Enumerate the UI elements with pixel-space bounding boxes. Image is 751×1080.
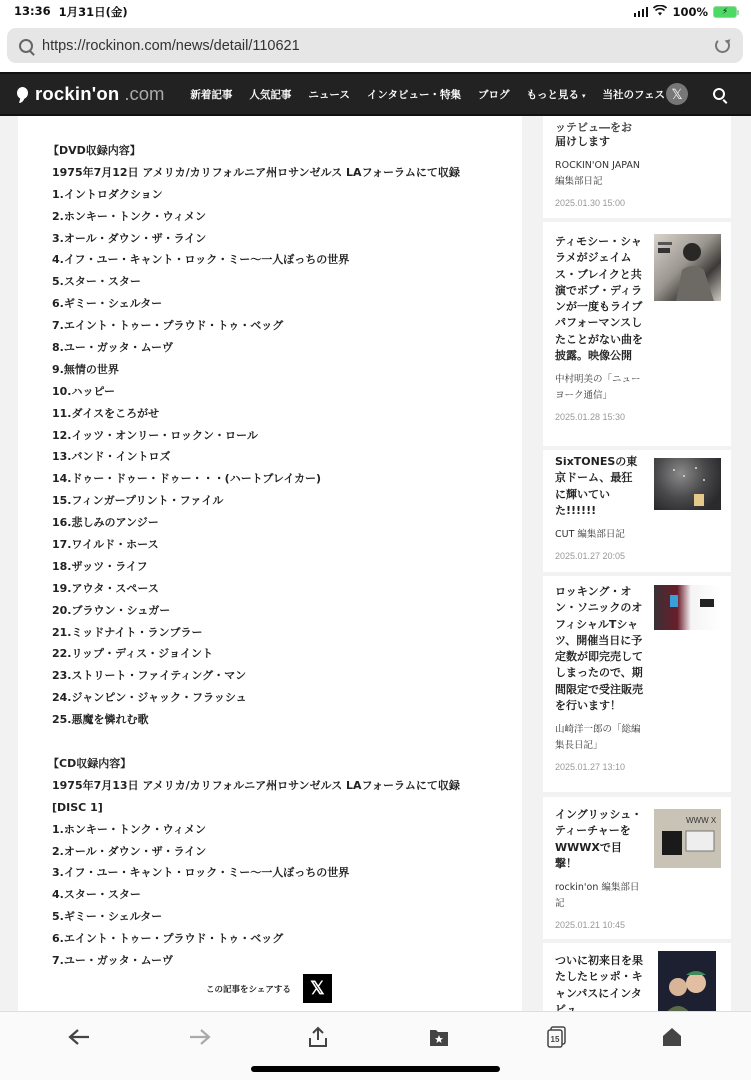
track-item: 6.エイント・トゥー・プラウド・トゥ・ベッグ — [52, 928, 522, 950]
track-item: 24.ジャンピン・ジャック・フラッシュ — [52, 687, 522, 709]
card-date: 2025.01.27 20:05 — [555, 551, 719, 561]
card-title: 届けします — [555, 134, 643, 150]
x-social-icon[interactable]: 𝕏 — [666, 83, 688, 105]
dvd-heading: 【DVD収録内容】 — [48, 140, 522, 162]
share-icon[interactable] — [304, 1023, 332, 1051]
card-source: CUT 編集部日記 — [555, 527, 643, 543]
article-body: 【DVD収録内容】 1975年7月12日 アメリカ/カリフォルニア州ロサンゼルス… — [18, 116, 522, 1016]
track-item: 8.ユー・ガッタ・ムーヴ — [52, 337, 522, 359]
card-date: 2025.01.28 15:30 — [555, 412, 719, 422]
search-icon — [19, 39, 33, 53]
sidebar-blog-list: ッテビュ―をお 届けします ROCKIN'ON JAPAN 編集部日記 2025… — [543, 116, 731, 1016]
nav-item-blog[interactable]: ブログ — [478, 87, 510, 102]
nav-item-popular[interactable]: 人気記事 — [249, 87, 291, 102]
sidebar-card[interactable]: ティモシー・シャラメがジェイムス・ブレイクと共演でボブ・ディランが一度もライブパ… — [543, 222, 731, 446]
card-thumbnail — [658, 951, 716, 1015]
home-indicator[interactable] — [251, 1066, 500, 1072]
track-item: 2.オール・ダウン・ザ・ライン — [52, 841, 522, 863]
address-bar[interactable]: https://rockinon.com/news/detail/110621 — [7, 28, 743, 63]
track-item: 3.オール・ダウン・ザ・ライン — [52, 228, 522, 250]
share-label: この記事をシェアする — [206, 983, 291, 995]
card-source: rockin'on 編集部日記 — [555, 880, 643, 912]
disc-label: [DISC 1] — [52, 797, 522, 819]
track-item: 1.イントロダクション — [52, 184, 522, 206]
track-item: 20.ブラウン・シュガー — [52, 600, 522, 622]
track-item: 15.フィンガープリント・ファイル — [52, 490, 522, 512]
battery-percent: 100% — [672, 5, 708, 19]
card-title: SixTONESの東京ドーム、最狂に輝いていた!!!!!! — [555, 454, 643, 519]
card-date: 2025.01.27 13:10 — [555, 762, 719, 772]
share-bar: この記事をシェアする 𝕏 — [206, 974, 332, 1003]
sidebar-card[interactable]: ッテビュ―をお 届けします ROCKIN'ON JAPAN 編集部日記 2025… — [543, 116, 731, 218]
status-time: 13:36 — [14, 4, 51, 20]
track-item: 25.悪魔を憐れむ歌 — [52, 709, 522, 731]
logo-mark-icon — [17, 87, 28, 99]
track-item: 16.悲しみのアンジー — [52, 512, 522, 534]
card-title: イングリッシュ・ティーチャーをWWWXで目撃！ — [555, 807, 643, 872]
card-title: ロッキング・オン・ソニックのオフィシャルTシャツ、開催当日に予定数が即完売してし… — [555, 584, 643, 714]
battery-charging-icon: ⚡ — [713, 6, 737, 18]
card-title-cut: ッテビュ―をお — [555, 120, 643, 134]
dvd-recording-info: 1975年7月12日 アメリカ/カリフォルニア州ロサンゼルス LAフォーラムにて… — [52, 162, 522, 184]
sidebar-card[interactable]: イングリッシュ・ティーチャーをWWWXで目撃！ rockin'on 編集部日記 … — [543, 797, 731, 939]
track-item: 21.ミッドナイト・ランブラー — [52, 622, 522, 644]
card-title: ついに初来日を果たしたヒッポ・キャンパスにインタビュ — [555, 953, 643, 1016]
logo-suffix: .com — [124, 83, 164, 105]
tabs-icon[interactable]: 15 — [543, 1023, 571, 1051]
track-item: 3.イフ・ユー・キャント・ロック・ミー〜一人ぼっちの世界 — [52, 862, 522, 884]
card-thumbnail — [654, 585, 721, 630]
share-x-button[interactable]: 𝕏 — [303, 974, 332, 1003]
nav-item-festivals[interactable]: 当社のフェス — [603, 87, 665, 102]
sidebar-card[interactable]: SixTONESの東京ドーム、最狂に輝いていた!!!!!! CUT 編集部日記 … — [543, 450, 731, 572]
track-item: 5.スター・スター — [52, 271, 522, 293]
url-text[interactable]: https://rockinon.com/news/detail/110621 — [42, 38, 715, 54]
card-thumbnail — [654, 458, 721, 510]
site-header: rockin'on .com 新着記事 人気記事 ニュース インタビュー・特集 … — [0, 72, 751, 116]
cellular-signal-icon — [634, 7, 649, 17]
track-item: 23.ストリート・ファイティング・マン — [52, 665, 522, 687]
back-arrow-icon[interactable] — [65, 1023, 93, 1051]
cd-heading: 【CD収録内容】 — [48, 753, 522, 775]
track-item: 19.アウタ・スペース — [52, 578, 522, 600]
site-search-icon[interactable] — [713, 88, 725, 100]
chevron-down-icon: ▾ — [582, 92, 586, 100]
track-item: 7.エイント・トゥー・プラウド・トゥ・ベッグ — [52, 315, 522, 337]
track-item: 9.無情の世界 — [52, 359, 522, 381]
sidebar-card[interactable]: ついに初来日を果たしたヒッポ・キャンパスにインタビュ — [543, 943, 731, 1016]
browser-chrome: https://rockinon.com/news/detail/110621 — [0, 24, 751, 72]
wifi-icon — [653, 5, 667, 19]
nav-item-new-articles[interactable]: 新着記事 — [190, 87, 232, 102]
nav-more-label: もっと見る — [527, 89, 580, 101]
home-icon[interactable] — [658, 1023, 686, 1051]
track-item: 4.スター・スター — [52, 884, 522, 906]
card-thumbnail: WWW X — [654, 809, 721, 868]
track-item: 10.ハッピー — [52, 381, 522, 403]
nav-item-interviews[interactable]: インタビュー・特集 — [367, 87, 461, 102]
card-date: 2025.01.21 10:45 — [555, 920, 719, 930]
track-item: 4.イフ・ユー・キャント・ロック・ミー〜一人ぼっちの世界 — [52, 249, 522, 271]
main-nav: 新着記事 人気記事 ニュース インタビュー・特集 ブログ もっと見る▾ 当社のフ… — [190, 87, 682, 102]
sidebar-card[interactable]: ロッキング・オン・ソニックのオフィシャルTシャツ、開催当日に予定数が即完売してし… — [543, 576, 731, 792]
track-item: 17.ワイルド・ホース — [52, 534, 522, 556]
track-item: 13.バンド・イントロズ — [52, 446, 522, 468]
logo-text: rockin'on — [35, 83, 119, 105]
bookmarks-icon[interactable] — [425, 1023, 453, 1051]
section-spacer — [52, 731, 522, 753]
track-item: 14.ドゥー・ドゥー・ドゥー・・・(ハートブレイカー) — [52, 468, 522, 490]
card-source: 中村明美の「ニューヨーク通信」 — [555, 372, 643, 404]
card-source: 山崎洋一郎の「総編集長日記」 — [555, 722, 643, 754]
nav-item-news[interactable]: ニュース — [308, 87, 349, 102]
svg-text:15: 15 — [551, 1035, 560, 1044]
forward-arrow-icon[interactable] — [186, 1023, 214, 1051]
track-item: 1.ホンキー・トンク・ウィメン — [52, 819, 522, 841]
status-date: 1月31日(金) — [59, 4, 128, 20]
cd-recording-info: 1975年7月13日 アメリカ/カリフォルニア州ロサンゼルス LAフォーラムにて… — [52, 775, 522, 797]
status-bar: 13:36 1月31日(金) 100% ⚡ — [0, 0, 751, 24]
track-item: 12.イッツ・オンリー・ロックン・ロール — [52, 425, 522, 447]
nav-item-more[interactable]: もっと見る▾ — [527, 87, 586, 102]
card-title: ティモシー・シャラメがジェイムス・ブレイクと共演でボブ・ディランが一度もライブパ… — [555, 234, 643, 364]
card-source: ROCKIN'ON JAPAN 編集部日記 — [555, 158, 643, 190]
reload-icon[interactable] — [715, 38, 730, 53]
track-item: 11.ダイスをころがせ — [52, 403, 522, 425]
track-item: 7.ユー・ガッタ・ムーヴ — [52, 950, 522, 972]
track-item: 5.ギミー・シェルター — [52, 906, 522, 928]
card-thumbnail — [654, 234, 721, 301]
site-logo[interactable]: rockin'on .com — [17, 83, 164, 105]
card-date: 2025.01.30 15:00 — [555, 198, 719, 208]
track-item: 2.ホンキー・トンク・ウィメン — [52, 206, 522, 228]
track-item: 6.ギミー・シェルター — [52, 293, 522, 315]
svg-text:WWW X: WWW X — [686, 816, 717, 825]
track-item: 22.リップ・ディス・ジョイント — [52, 643, 522, 665]
track-item: 18.ザッツ・ライフ — [52, 556, 522, 578]
